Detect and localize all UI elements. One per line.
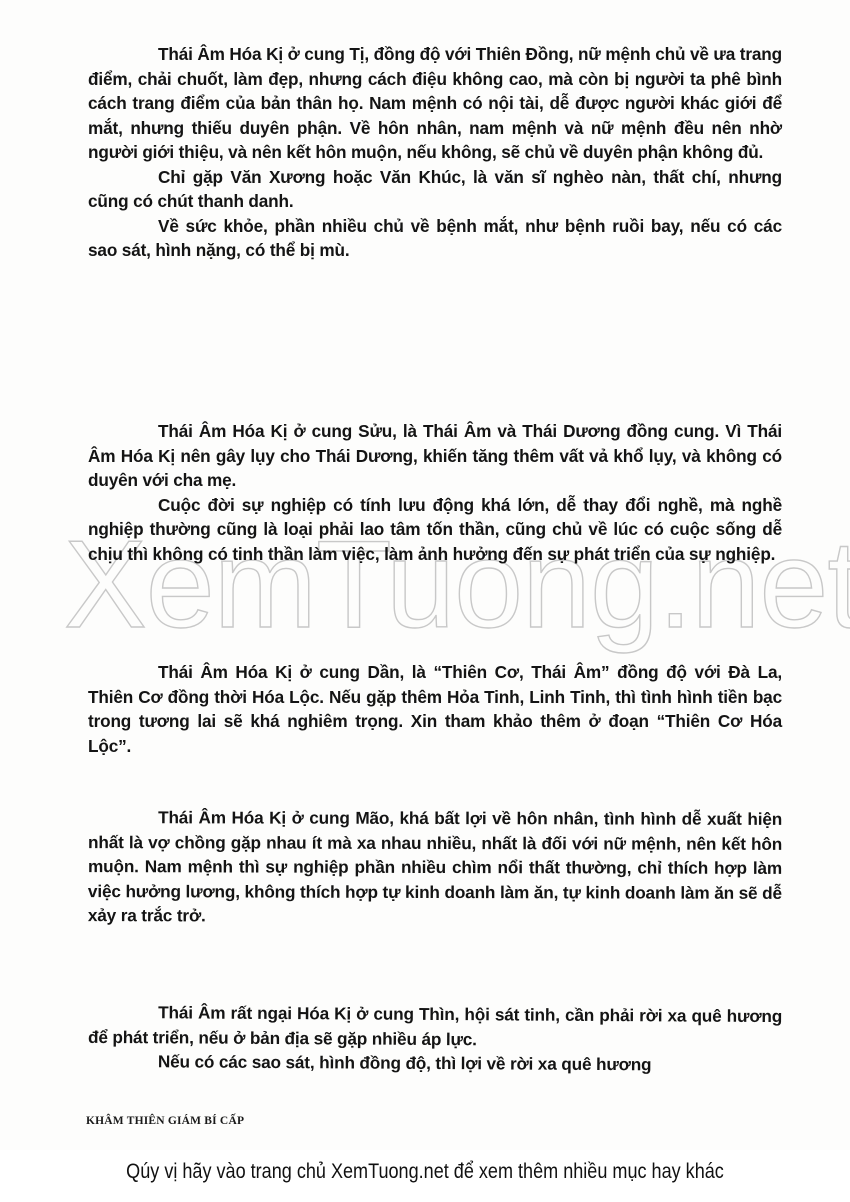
paragraph: Cuộc đời sự nghiệp có tính lưu động khá … xyxy=(88,493,782,567)
paragraph: Nếu có các sao sát, hình đồng độ, thì lợ… xyxy=(88,1049,782,1078)
paragraph: Thái Âm Hóa Kị ở cung Mão, khá bất lợi v… xyxy=(88,805,782,929)
paragraph: Chỉ gặp Văn Xương hoặc Văn Khúc, là văn … xyxy=(88,165,782,214)
site-promo-banner: Qúy vị hãy vào trang chủ XemTuong.net để… xyxy=(60,1158,791,1186)
paragraph: Về sức khỏe, phần nhiều chủ về bệnh mắt,… xyxy=(88,214,782,263)
running-footer-book-title: KHÂM THIÊN GIÁM BÍ CẤP xyxy=(86,1115,244,1127)
section-cung-mao: Thái Âm Hóa Kị ở cung Mão, khá bất lợi v… xyxy=(88,805,782,929)
section-cung-suu: Thái Âm Hóa Kị ở cung Sửu, là Thái Âm và… xyxy=(88,419,782,566)
paragraph: Thái Âm Hóa Kị ở cung Sửu, là Thái Âm và… xyxy=(88,419,782,493)
paragraph: Thái Âm Hóa Kị ở cung Dần, là “Thiên Cơ,… xyxy=(88,660,782,758)
paragraph: Thái Âm rất ngại Hóa Kị ở cung Thìn, hội… xyxy=(88,1000,782,1053)
section-cung-thin: Thái Âm rất ngại Hóa Kị ở cung Thìn, hội… xyxy=(88,1000,782,1078)
section-cung-dan: Thái Âm Hóa Kị ở cung Dần, là “Thiên Cơ,… xyxy=(88,660,782,758)
section-cung-ti: Thái Âm Hóa Kị ở cung Tị, đồng độ với Th… xyxy=(88,42,782,263)
paragraph: Thái Âm Hóa Kị ở cung Tị, đồng độ với Th… xyxy=(88,42,782,165)
scanned-book-page: XemTuong.net Thái Âm Hóa Kị ở cung Tị, đ… xyxy=(0,0,850,1150)
